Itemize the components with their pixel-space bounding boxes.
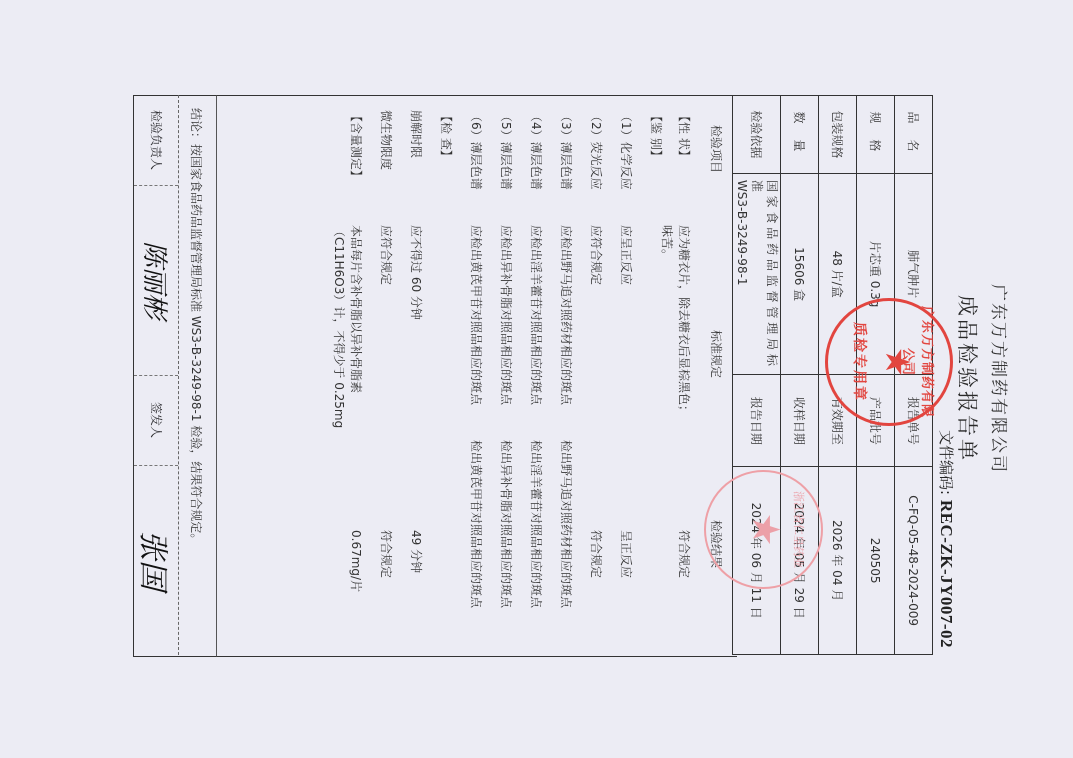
test-result: 49 分钟 [408, 530, 425, 573]
test-result: 检出淫羊藿苷对照品相应的斑点 [528, 440, 545, 608]
inspector-signature: 陈丽彬 [139, 241, 169, 319]
value-report-no: C-FQ-05-48-2024-009 [895, 467, 933, 655]
test-standard: 应检出淫羊藿苷对照品相应的斑点 [528, 225, 545, 405]
test-result: 检出野马追对照药材相应的斑点 [558, 440, 575, 608]
label-spec: 规 格 [857, 96, 895, 174]
value-batch-no: 240505 [857, 467, 895, 655]
test-row: （2）荧光反应应符合规定符合规定 [588, 110, 605, 190]
standard-text-cont: （C11H6O3）计，不得少于 0.25mg [332, 225, 346, 428]
document-code-label: 文件编码: [937, 430, 955, 495]
test-result: 符合规定 [676, 530, 693, 578]
conclusion-text: 结论：按国家食品药品监督管理局标准 WS3-B-3249-98-1 检验，结果符… [188, 108, 205, 545]
document-code-value: REC-ZK-JY007-02 [937, 500, 956, 648]
test-item: 【鉴 别】 [649, 110, 663, 162]
label-sample-date: 收样日期 [781, 375, 819, 467]
column-header-standard: 标准规定 [708, 330, 725, 378]
test-result: 符合规定 [378, 530, 395, 578]
test-item: 【含量测定】 [349, 110, 363, 182]
test-item: （1）化学反应 [619, 110, 633, 190]
label-packaging: 包装规格 [819, 96, 857, 174]
secondary-stamp-text: 浙江省仁皇药业 [791, 472, 807, 587]
test-row: （3）薄层色谱应检出野马追对照药材相应的斑点检出野马追对照药材相应的斑点 [558, 110, 575, 190]
basis-authority: 国 家 食 品 药 品 监 督 管 理 局 标 准 [749, 180, 779, 374]
company-name: 广东万方制药有限公司 [988, 0, 1013, 758]
test-item: （2）荧光反应 [589, 110, 603, 190]
secondary-stamp-star-icon: ★ [747, 472, 785, 587]
test-standard: 应符合规定 [588, 225, 605, 285]
standard-text: 本品每片含补骨脂以异补骨脂素 [349, 225, 363, 393]
test-row: （6）薄层色谱应检出黄芪甲苷对照品相应的斑点检出黄芪甲苷对照品相应的斑点 [468, 110, 485, 190]
test-standard: 应检出异补骨脂对照品相应的斑点 [498, 225, 515, 405]
standard-text-cont: 味苦。 [660, 225, 674, 261]
standard-text: 应检出野马追对照药材相应的斑点 [559, 225, 573, 405]
test-standard: 应符合规定 [378, 225, 395, 285]
test-item: 微生物限度 [379, 110, 393, 170]
standard-text: 应符合规定 [379, 225, 393, 285]
test-item: （4）薄层色谱 [529, 110, 543, 190]
test-item: （3）薄层色谱 [559, 110, 573, 190]
label-quantity: 数 量 [781, 96, 819, 174]
standard-text: 应为糖衣片，除去糖衣后显棕黑色； [677, 225, 691, 417]
test-standard: 应呈正反应 [618, 225, 635, 285]
test-row: 崩解时限应不得过 60 分钟49 分钟 [408, 110, 425, 158]
inspector-signature-cell: 陈丽彬 [134, 185, 178, 376]
label-report-date: 报告日期 [733, 375, 781, 467]
report-title: 成品检验报告单 [953, 0, 983, 758]
stamp-star-icon: ★ [880, 301, 914, 423]
signature-row: 检验负责人 陈丽彬 签发人 张国 [134, 95, 179, 655]
test-row: 【含量测定】本品每片含补骨脂以异补骨脂素（C11H6O3）计，不得少于 0.25… [348, 110, 365, 182]
test-item: （6）薄层色谱 [469, 110, 483, 190]
test-item: 崩解时限 [409, 110, 423, 158]
test-result: 检出黄芪甲苷对照品相应的斑点 [468, 440, 485, 608]
label-product-name: 品 名 [895, 96, 933, 174]
test-item: 【检 查】 [439, 110, 453, 162]
label-basis: 检验依据 [733, 96, 781, 174]
issuer-signature-cell: 张国 [134, 465, 178, 655]
test-row: 【鉴 别】 [648, 110, 665, 162]
inspector-label: 检验负责人 [134, 95, 178, 186]
test-row: 【检 查】 [438, 110, 455, 162]
test-standard: 应检出黄芪甲苷对照品相应的斑点 [468, 225, 485, 405]
issuer-label: 签发人 [134, 375, 178, 466]
test-result: 符合规定 [588, 530, 605, 578]
test-result: 检出异补骨脂对照品相应的斑点 [498, 440, 515, 608]
document-code: 文件编码: REC-ZK-JY007-02 [936, 430, 957, 648]
stamp-bottom-text: 质检专用章 [850, 301, 870, 423]
value-expiry: 2026 年 04 月 [819, 467, 857, 655]
value-basis: 国 家 食 品 药 品 监 督 管 理 局 标 准 WS3-B-3249-98-… [733, 173, 781, 375]
test-standard: 本品每片含补骨脂以异补骨脂素（C11H6O3）计，不得少于 0.25mg [331, 225, 365, 428]
qc-stamp: 广东万方制药有限公司 ★ 质检专用章 [825, 298, 953, 426]
value-quantity: 15606 盒 [781, 173, 819, 375]
test-row: 【性 状】应为糖衣片，除去糖衣后显棕黑色；味苦。符合规定 [676, 110, 693, 162]
standard-text: 应不得过 60 分钟 [409, 225, 423, 320]
test-result: 0.67mg/片 [348, 530, 365, 592]
test-item: （5）薄层色谱 [499, 110, 513, 190]
test-standard: 应不得过 60 分钟 [408, 225, 425, 320]
column-header-item: 检验项目 [708, 125, 725, 173]
standard-text: 应检出淫羊藿苷对照品相应的斑点 [529, 225, 543, 405]
standard-text: 应检出异补骨脂对照品相应的斑点 [499, 225, 513, 405]
secondary-stamp: 浙江省仁皇药业 ★ [704, 470, 823, 589]
standard-text: 应呈正反应 [619, 225, 633, 285]
test-result: 呈正反应 [618, 530, 635, 578]
test-row: 微生物限度应符合规定符合规定 [378, 110, 395, 170]
test-item: 【性 状】 [677, 110, 691, 162]
test-row: （1）化学反应应呈正反应呈正反应 [618, 110, 635, 190]
issuer-signature: 张国 [135, 530, 170, 590]
test-row: （4）薄层色谱应检出淫羊藿苷对照品相应的斑点检出淫羊藿苷对照品相应的斑点 [528, 110, 545, 190]
test-standard: 应检出野马追对照药材相应的斑点 [558, 225, 575, 405]
inspection-report-page: 广东万方制药有限公司 成品检验报告单 文件编码: REC-ZK-JY007-02… [0, 0, 1073, 758]
standard-text: 应检出黄芪甲苷对照品相应的斑点 [469, 225, 483, 405]
standard-text: 应符合规定 [589, 225, 603, 285]
test-standard: 应为糖衣片，除去糖衣后显棕黑色；味苦。 [659, 225, 693, 417]
test-row: （5）薄层色谱应检出异补骨脂对照品相应的斑点检出异补骨脂对照品相应的斑点 [498, 110, 515, 190]
